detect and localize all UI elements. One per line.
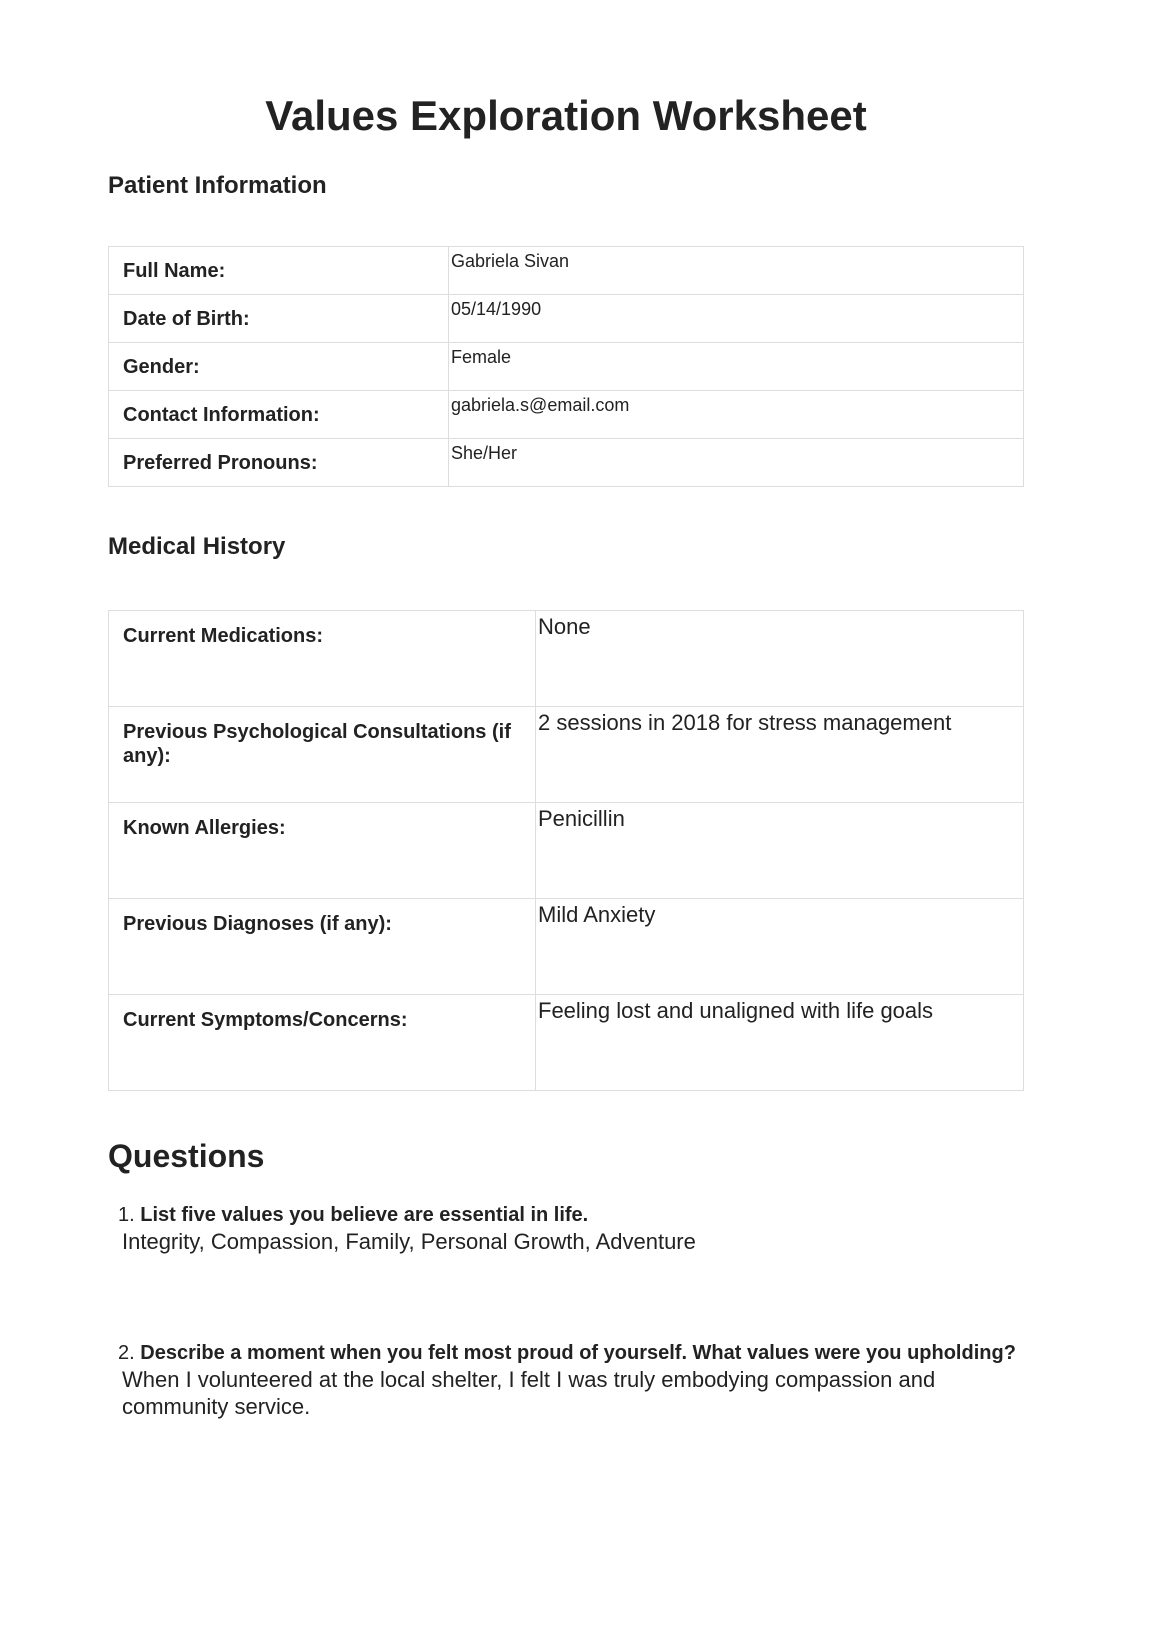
answer-text: When I volunteered at the local shelter,… (122, 1366, 1018, 1420)
medical-history-heading: Medical History (108, 533, 285, 561)
question-label: List five values you believe are essenti… (140, 1204, 588, 1226)
field-label: Previous Diagnoses (if any): (109, 899, 536, 995)
table-row: Contact Information: gabriela.s@email.co… (109, 391, 1024, 439)
table-row: Full Name: Gabriela Sivan (109, 247, 1024, 295)
field-label: Previous Psychological Consultations (if… (109, 707, 536, 803)
table-row: Previous Psychological Consultations (if… (109, 707, 1024, 803)
gender-value: Female (449, 343, 1024, 391)
table-row: Date of Birth: 05/14/1990 (109, 295, 1024, 343)
question-number: 1. (118, 1204, 135, 1226)
field-label: Date of Birth: (109, 295, 449, 343)
questions-heading: Questions (108, 1138, 264, 1175)
field-label: Current Medications: (109, 611, 536, 707)
date-of-birth-value: 05/14/1990 (449, 295, 1024, 343)
preferred-pronouns-value: She/Her (449, 439, 1024, 487)
table-row: Current Symptoms/Concerns: Feeling lost … (109, 995, 1024, 1091)
field-label: Full Name: (109, 247, 449, 295)
question-label: Describe a moment when you felt most pro… (140, 1342, 1016, 1364)
known-allergies-value: Penicillin (536, 803, 1024, 899)
field-label: Contact Information: (109, 391, 449, 439)
medical-history-table: Current Medications: None Previous Psych… (108, 610, 1024, 1091)
contact-information-value: gabriela.s@email.com (449, 391, 1024, 439)
patient-information-table: Full Name: Gabriela Sivan Date of Birth:… (108, 246, 1024, 487)
table-row: Current Medications: None (109, 611, 1024, 707)
full-name-value: Gabriela Sivan (449, 247, 1024, 295)
field-label: Preferred Pronouns: (109, 439, 449, 487)
answer-text: Integrity, Compassion, Family, Personal … (122, 1228, 1018, 1255)
question-item: 1. List five values you believe are esse… (118, 1203, 1018, 1255)
table-row: Previous Diagnoses (if any): Mild Anxiet… (109, 899, 1024, 995)
question-text: 2. Describe a moment when you felt most … (118, 1341, 1018, 1365)
question-number: 2. (118, 1342, 135, 1364)
current-medications-value: None (536, 611, 1024, 707)
table-row: Preferred Pronouns: She/Her (109, 439, 1024, 487)
table-row: Known Allergies: Penicillin (109, 803, 1024, 899)
field-label: Known Allergies: (109, 803, 536, 899)
previous-consultations-value: 2 sessions in 2018 for stress management (536, 707, 1024, 803)
question-text: 1. List five values you believe are esse… (118, 1203, 1018, 1227)
current-symptoms-value: Feeling lost and unaligned with life goa… (536, 995, 1024, 1091)
page-title: Values Exploration Worksheet (0, 92, 1132, 140)
field-label: Current Symptoms/Concerns: (109, 995, 536, 1091)
field-label: Gender: (109, 343, 449, 391)
table-row: Gender: Female (109, 343, 1024, 391)
patient-information-heading: Patient Information (108, 172, 327, 200)
question-item: 2. Describe a moment when you felt most … (118, 1341, 1018, 1420)
previous-diagnoses-value: Mild Anxiety (536, 899, 1024, 995)
